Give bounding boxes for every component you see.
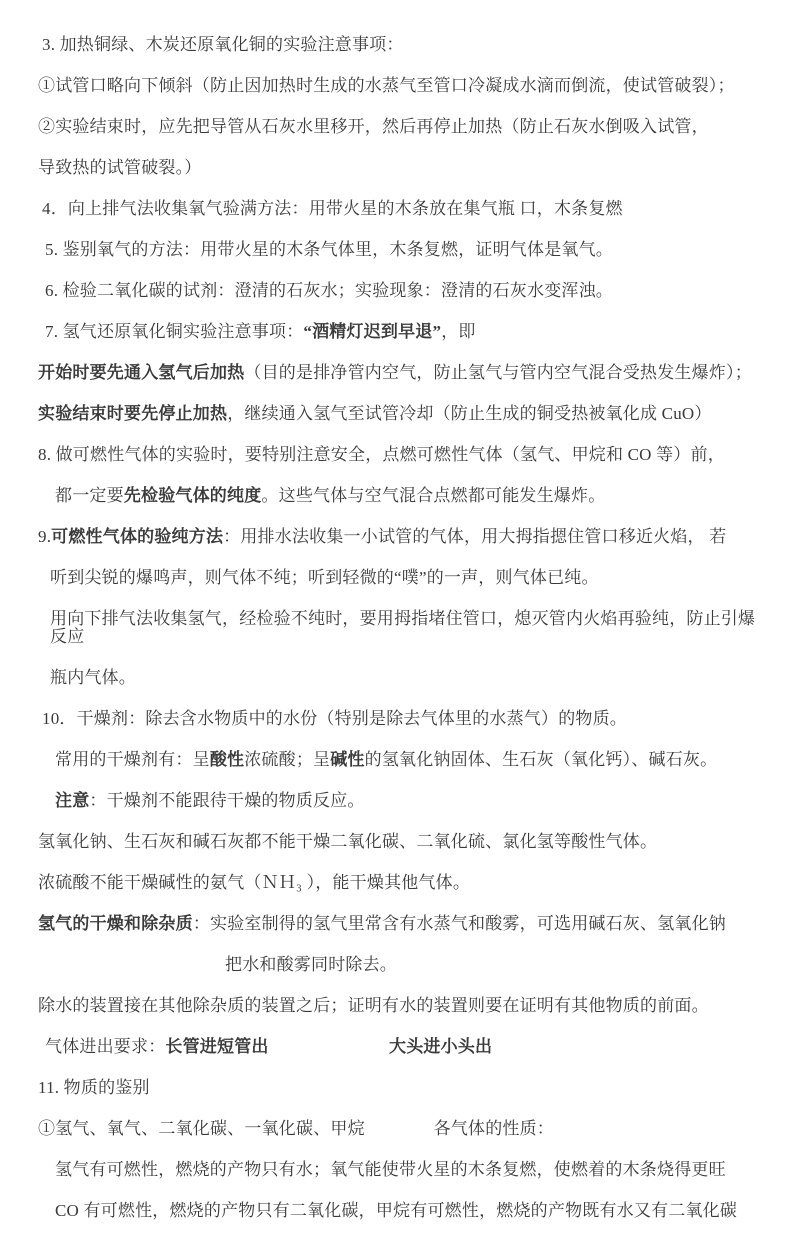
text-run: ①试管口略向下倾斜（防止因加热时生成的水蒸气至管口冷凝成水滴而倒流，使试管破裂）… [38,76,735,95]
text-run: 先检验气体的纯度 [124,486,262,505]
text-run: 5. 鉴别氧气的方法：用带火星的木条气体里，木条复燃，证明气体是氧气。 [45,240,613,259]
text-run: 4．向上排气法收集氧气验满方法：用带火星的木条放在集气瓶 口，木条复燃 [42,199,623,218]
text-run: 导致热的试管破裂。） [38,158,202,177]
text-run: 酸性 [210,750,244,769]
h2-drying-impurity: 氢气的干燥和除杂质：实验室制得的氢气里常含有水蒸气和酸雾，可选用碱石灰、氢氧化钠 [38,915,770,933]
item-8-flammable-gas: 8. 做可燃性气体的实验时，要特别注意安全，点燃可燃性气体（氢气、甲烷和 CO … [38,446,770,464]
text-run: 8. 做可燃性气体的实验时，要特别注意安全，点燃可燃性气体（氢气、甲烷和 CO … [38,445,725,464]
text-run: ：干燥剂不能跟待干燥的物质反应。 [89,791,364,810]
desiccant-note: 注意：干燥剂不能跟待干燥的物质反应。 [55,792,770,810]
text-run: 常用的干燥剂有：呈 [55,750,210,769]
item-4-oxygen-full-test: 4．向上排气法收集氧气验满方法：用带火星的木条放在集气瓶 口，木条复燃 [42,200,770,218]
text-run: 大头进小头出 [389,1037,492,1056]
text-run: 11. 物质的鉴别 [38,1078,150,1097]
item-7-h2-cuo-note: 7. 氢气还原氧化铜实验注意事项：“酒精灯迟到早退”，即 [45,323,770,341]
document-page: 3. 加热铜绿、木炭还原氧化铜的实验注意事项： ①试管口略向下倾斜（防止因加热时… [0,0,800,1247]
text-run: “酒精灯迟到早退” [303,322,441,341]
text-run: 的氢氧化钠固体、生石灰（氧化钙）、碱石灰。 [365,750,718,769]
note-1-tube-tilt: ①试管口略向下倾斜（防止因加热时生成的水蒸气至管口冷凝成水滴而倒流，使试管破裂）… [38,77,770,95]
item-9-continued-2: 用向下排气法收集氢气，经检验不纯时，要用拇指堵住管口，熄灭管内火焰再验纯，防止引… [50,610,770,646]
text-run: （目的是排净管内空气，防止氢气与管内空气混合受热发生爆炸）； [244,363,752,382]
text-run: ：用排水法收集一小试管的气体，用大拇指摁住管口移近火焰， 若 [223,527,726,546]
text-run: 听到尖锐的爆鸣声，则气体不纯；听到轻微的“噗”的一声，则气体已纯。 [50,568,599,587]
note-2-remove-tube: ②实验结束时，应先把导管从石灰水里移开，然后再停止加热（防止石灰水倒吸入试管， [38,118,770,136]
item-9-continued-1: 听到尖锐的爆鸣声，则气体不纯；听到轻微的“噗”的一声，则气体已纯。 [50,569,770,587]
text-run: 长管进短管出 [165,1037,268,1056]
text-run: 。这些气体与空气混合点燃都可能发生爆炸。 [261,486,605,505]
text-run: ①氢气、氧气、二氧化碳、一氧化碳、甲烷 各气体的性质： [38,1119,554,1138]
text-run: 开始时要先通入氢气后加热 [38,363,244,382]
gas-properties-1: 氢气有可燃性，燃烧的产物只有水；氧气能使带火星的木条复燃，使燃着的木条烧得更旺 [55,1161,770,1179]
gas-properties-2: CO 有可燃性，燃烧的产物只有二氧化碳，甲烷有可燃性，燃烧的产物既有水又有二氧化… [55,1202,770,1220]
stop-heat-first: 实验结束时要先停止加热，继续通入氢气至试管冷却（防止生成的铜受热被氧化成 CuO… [38,405,770,423]
text-run: 瓶内气体。 [50,668,136,687]
text-run: 浓硫酸不能干燥碱性的氨气（ＮＨ₃ ），能干燥其他气体。 [38,873,470,892]
text-run: 都一定要 [55,486,124,505]
text-run: 7. 氢气还原氧化铜实验注意事项： [45,322,303,341]
item-5-oxygen-identify: 5. 鉴别氧气的方法：用带火星的木条气体里，木条复燃，证明气体是氧气。 [45,241,770,259]
item-9-purity-check: 9.可燃性气体的验纯方法：用排水法收集一小试管的气体，用大拇指摁住管口移近火焰，… [38,528,770,546]
item-8-continued: 都一定要先检验气体的纯度。这些气体与空气混合点燃都可能发生爆炸。 [55,487,770,505]
text-run: 氢气有可燃性，燃烧的产物只有水；氧气能使带火星的木条复燃，使燃着的木条烧得更旺 [55,1160,726,1179]
item-11-identification: 11. 物质的鉴别 [38,1079,770,1097]
text-run: 把水和酸雾同时除去。 [225,955,397,974]
text-run: 氢氧化钠、生石灰和碱石灰都不能干燥二氧化碳、二氧化硫、氯化氢等酸性气体。 [38,832,657,851]
text-run: ，即 [441,322,475,341]
note-2-continued: 导致热的试管破裂。） [38,159,770,177]
text-run: 10．干燥剂：除去含水物质中的水份（特别是除去气体里的水蒸气）的物质。 [42,709,627,728]
acid-desiccant-limits: 浓硫酸不能干燥碱性的氨气（ＮＨ₃ ），能干燥其他气体。 [38,874,770,892]
text-run: ：实验室制得的氢气里常含有水蒸气和酸雾，可选用碱石灰、氢氧化钠 [193,914,726,933]
item-10-desiccant: 10．干燥剂：除去含水物质中的水份（特别是除去气体里的水蒸气）的物质。 [42,710,770,728]
text-run: CO 有可燃性，燃烧的产物只有二氧化碳，甲烷有可燃性，燃烧的产物既有水又有二氧化… [55,1201,737,1220]
gas-list: ①氢气、氧气、二氧化碳、一氧化碳、甲烷 各气体的性质： [38,1120,770,1138]
text-run: 用向下排气法收集氢气，经检验不纯时，要用拇指堵住管口，熄灭管内火焰再验纯，防止引… [50,609,755,646]
text-run: 气体进出要求： [45,1037,165,1056]
text-run: 3. 加热铜绿、木炭还原氧化铜的实验注意事项： [42,35,404,54]
common-desiccants: 常用的干燥剂有：呈酸性浓硫酸；呈碱性的氢氧化钠固体、生石灰（氧化钙）、碱石灰。 [55,751,770,769]
text-run: ②实验结束时，应先把导管从石灰水里移开，然后再停止加热（防止石灰水倒吸入试管， [38,117,709,136]
item-6-co2-test: 6. 检验二氧化碳的试剂：澄清的石灰水；实验现象：澄清的石灰水变浑浊。 [45,282,770,300]
text-run: 6. 检验二氧化碳的试剂：澄清的石灰水；实验现象：澄清的石灰水变浑浊。 [45,281,613,300]
text-run: 9. [38,527,51,546]
basic-desiccant-limits: 氢氧化钠、生石灰和碱石灰都不能干燥二氧化碳、二氧化硫、氯化氢等酸性气体。 [38,833,770,851]
text-run: 注意 [55,791,89,810]
text-run: 浓硫酸；呈 [244,750,330,769]
item-3-heading: 3. 加热铜绿、木炭还原氧化铜的实验注意事项： [42,36,770,54]
text-run: 可燃性气体的验纯方法 [51,527,223,546]
device-order: 除水的装置接在其他除杂质的装置之后；证明有水的装置则要在证明有其他物质的前面。 [38,997,770,1015]
text-run [269,1037,389,1056]
gas-in-out-rule: 气体进出要求：长管进短管出 大头进小头出 [45,1038,770,1056]
text-run: 除水的装置接在其他除杂质的装置之后；证明有水的装置则要在证明有其他物质的前面。 [38,996,709,1015]
h2-drying-continued: 把水和酸雾同时除去。 [225,956,770,974]
text-run: 氢气的干燥和除杂质 [38,914,193,933]
text-run: 碱性 [330,750,364,769]
item-9-continued-3: 瓶内气体。 [50,669,770,687]
text-run: ，继续通入氢气至试管冷却（防止生成的铜受热被氧化成 CuO） [227,404,711,423]
h2-first-then-heat: 开始时要先通入氢气后加热（目的是排净管内空气，防止氢气与管内空气混合受热发生爆炸… [38,364,770,382]
text-run: 实验结束时要先停止加热 [38,404,227,423]
